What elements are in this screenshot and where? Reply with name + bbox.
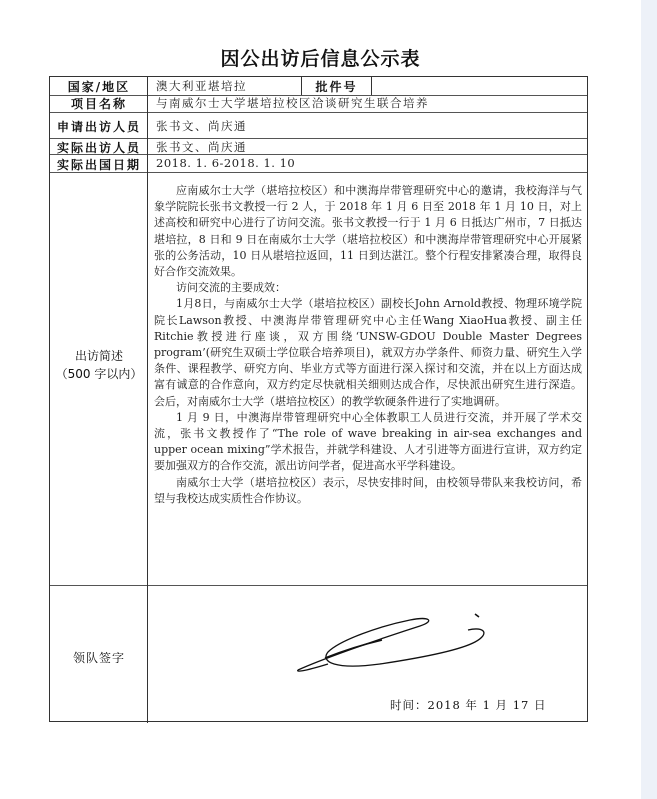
info-table: 国家/地区 澳大利亚堪培拉 批件号 项目名称 与南威尔士大学堪培拉校区洽谈研究生… <box>49 76 588 722</box>
summary-paragraph: 1月8日，与南威尔士大学（堪培拉校区）副校长John Arnold教授、物理环境… <box>154 296 582 409</box>
viewer-side-panel <box>641 0 657 799</box>
applicants-value: 张书文、尚庆通 <box>156 118 247 134</box>
summary-label: 出访简述 （500 字以内） <box>50 347 148 383</box>
summary-label-limit: （500 字以内） <box>50 365 148 383</box>
column-divider <box>147 77 148 723</box>
summary-label-title: 出访简述 <box>50 347 148 365</box>
summary-paragraph: 访问交流的主要成效： <box>154 280 582 296</box>
document-title: 因公出访后信息公示表 <box>0 44 641 71</box>
actual-members-value: 张书文、尚庆通 <box>156 139 247 155</box>
signature-date: 时间：2018 年 1 月 17 日 <box>390 697 547 713</box>
project-label: 项目名称 <box>50 95 148 112</box>
leader-signature-label: 领队签字 <box>50 649 148 666</box>
summary-text: 应南威尔士大学（堪培拉校区）和中澳海岸带管理研究中心的邀请，我校海洋与气象学院院… <box>154 183 582 507</box>
summary-paragraph: 1 月 9 日，中澳海岸带管理研究中心全体教职工人员进行交流，并开展了学术交流，… <box>154 410 582 475</box>
actual-dates-label: 实际出国日期 <box>50 156 148 173</box>
summary-paragraph: 应南威尔士大学（堪培拉校区）和中澳海岸带管理研究中心的邀请，我校海洋与气象学院院… <box>154 183 582 280</box>
summary-paragraph: 南威尔士大学（堪培拉校区）表示，尽快安排时间，由校领导带队来我校访问，希望与我校… <box>154 475 582 507</box>
handwritten-signature-icon <box>290 612 510 682</box>
applicants-label: 申请出访人员 <box>50 118 148 135</box>
project-value: 与南威尔士大学堪培拉校区洽谈研究生联合培养 <box>156 95 429 111</box>
country-label: 国家/地区 <box>50 78 148 95</box>
actual-dates-value: 2018. 1. 6-2018. 1. 10 <box>156 156 295 170</box>
row-divider <box>50 112 587 113</box>
country-value: 澳大利亚堪培拉 <box>156 78 247 94</box>
row-divider <box>50 585 587 586</box>
approval-label: 批件号 <box>302 78 371 95</box>
column-divider <box>371 77 372 95</box>
actual-members-label: 实际出访人员 <box>50 139 148 156</box>
